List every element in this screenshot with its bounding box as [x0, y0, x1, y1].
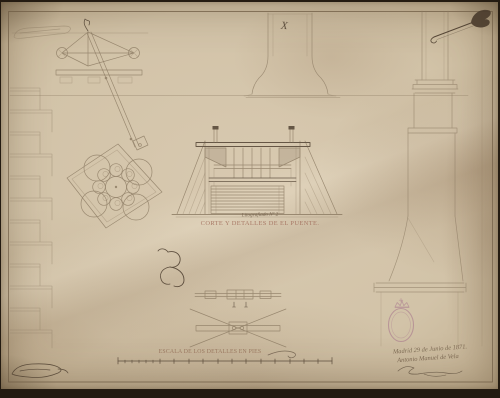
- scale-caption: ESCALA DE LOS DETALLES EN PIES: [148, 349, 272, 355]
- hoist-trestle-sketch: [12, 19, 148, 83]
- x-mark-label: X: [281, 20, 289, 32]
- ornament-leaf-sketch: [158, 249, 184, 287]
- scanned-sheet: Litografiado Nº 2 CORTE Y DETALLES DE EL…: [0, 0, 500, 398]
- corner-doodle-top-left: [14, 26, 70, 38]
- rosette-panel-detail: [67, 144, 162, 228]
- bridge-cross-section: [172, 126, 342, 217]
- oval-crown-stamp: [389, 299, 414, 342]
- tie-rod-detail: [195, 290, 281, 307]
- drawing-layer: [0, 0, 500, 398]
- baluster-pedestal-elevation: [244, 13, 336, 96]
- corner-doodle-bottom-left: [12, 364, 68, 378]
- drawing-title: CORTE Y DETALLES DE EL PUENTE.: [178, 220, 342, 227]
- ground-line: [10, 96, 468, 98]
- sheet-border-frame: [9, 12, 493, 383]
- cross-brace-detail: [190, 309, 286, 347]
- pier-elevation: [374, 11, 482, 346]
- signature-flourish: [398, 367, 462, 377]
- masonry-quoins-strip: [10, 88, 52, 348]
- derrick-mast-sketch: [87, 32, 148, 150]
